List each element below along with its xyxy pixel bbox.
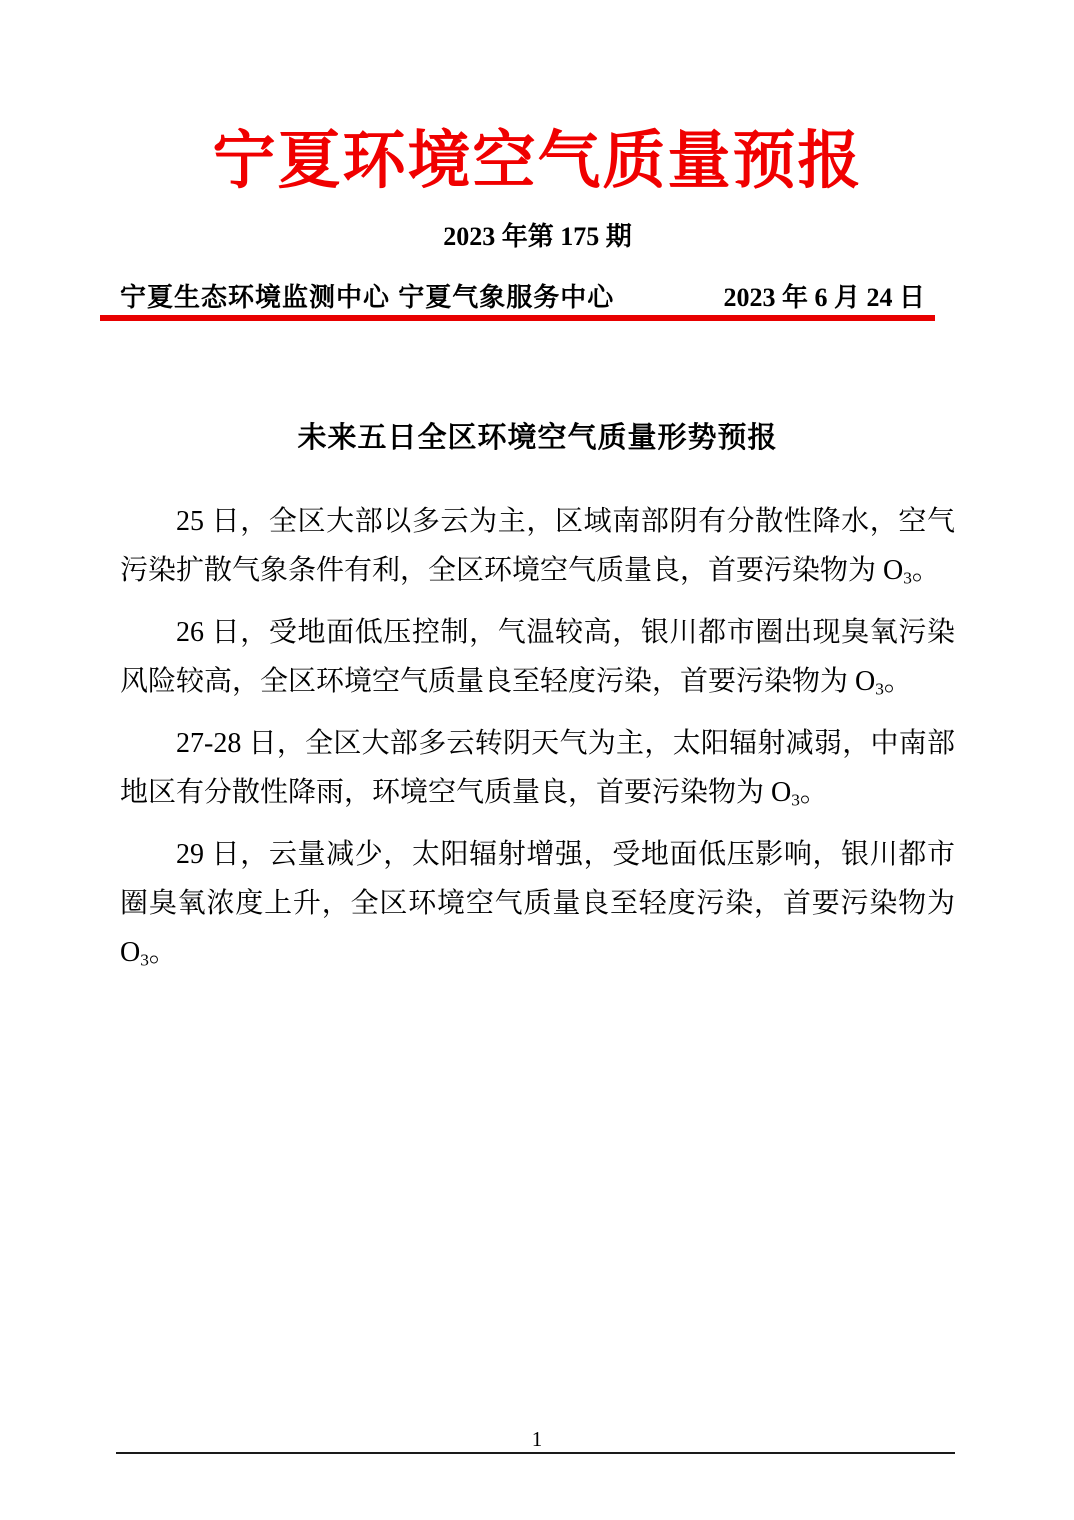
issue-date: 2023 年 6 月 24 日 — [723, 283, 955, 313]
document-title: 宁夏环境空气质量预报 — [120, 126, 955, 196]
paragraph-day26: 26 日，受地面低压控制，气温较高，银川都市圈出现臭氧污染风险较高，全区环境空气… — [120, 608, 955, 706]
o3-subscript: 3 — [903, 568, 912, 587]
paragraph-period: 。 — [149, 937, 177, 968]
document-page: 宁夏环境空气质量预报 2023 年第 175 期 宁夏生态环境监测中心 宁夏气象… — [0, 0, 1074, 1520]
forecast-body: 25 日，全区大部以多云为主，区域南部阴有分散性降水，空气污染扩散气象条件有利，… — [120, 497, 955, 977]
paragraph-day27-28: 27-28 日，全区大部多云转阴天气为主，太阳辐射减弱，中南部地区有分散性降雨，… — [120, 719, 955, 817]
page-number: 1 — [0, 1427, 1074, 1451]
paragraph-day25: 25 日，全区大部以多云为主，区域南部阴有分散性降水，空气污染扩散气象条件有利，… — [120, 497, 955, 595]
o3-subscript: 3 — [140, 950, 149, 969]
paragraph-text: 26 日，受地面低压控制，气温较高，银川都市圈出现臭氧污染风险较高，全区环境空气… — [120, 617, 955, 697]
section-heading: 未来五日全区环境空气质量形势预报 — [120, 421, 955, 455]
footer-rule — [116, 1452, 955, 1454]
o3-subscript: 3 — [875, 679, 884, 698]
paragraph-text: 27-28 日，全区大部多云转阴天气为主，太阳辐射减弱，中南部地区有分散性降雨，… — [120, 728, 955, 808]
paragraph-day29: 29 日，云量减少，太阳辐射增强，受地面低压影响，银川都市圈臭氧浓度上升，全区环… — [120, 830, 955, 977]
agency-names: 宁夏生态环境监测中心 宁夏气象服务中心 — [120, 282, 614, 312]
paragraph-period: 。 — [912, 555, 940, 586]
paragraph-period: 。 — [800, 777, 828, 808]
issue-number: 2023 年第 175 期 — [120, 222, 955, 252]
paragraph-period: 。 — [884, 666, 912, 697]
red-divider-rule — [100, 315, 935, 321]
paragraph-text: 25 日，全区大部以多云为主，区域南部阴有分散性降水，空气污染扩散气象条件有利，… — [120, 506, 955, 586]
document-content: 宁夏环境空气质量预报 2023 年第 175 期 宁夏生态环境监测中心 宁夏气象… — [120, 0, 955, 990]
paragraph-text: 29 日，云量减少，太阳辐射增强，受地面低压影响，银川都市圈臭氧浓度上升，全区环… — [120, 839, 955, 968]
agency-date-row: 宁夏生态环境监测中心 宁夏气象服务中心 2023 年 6 月 24 日 — [120, 282, 955, 313]
o3-subscript: 3 — [791, 790, 800, 809]
